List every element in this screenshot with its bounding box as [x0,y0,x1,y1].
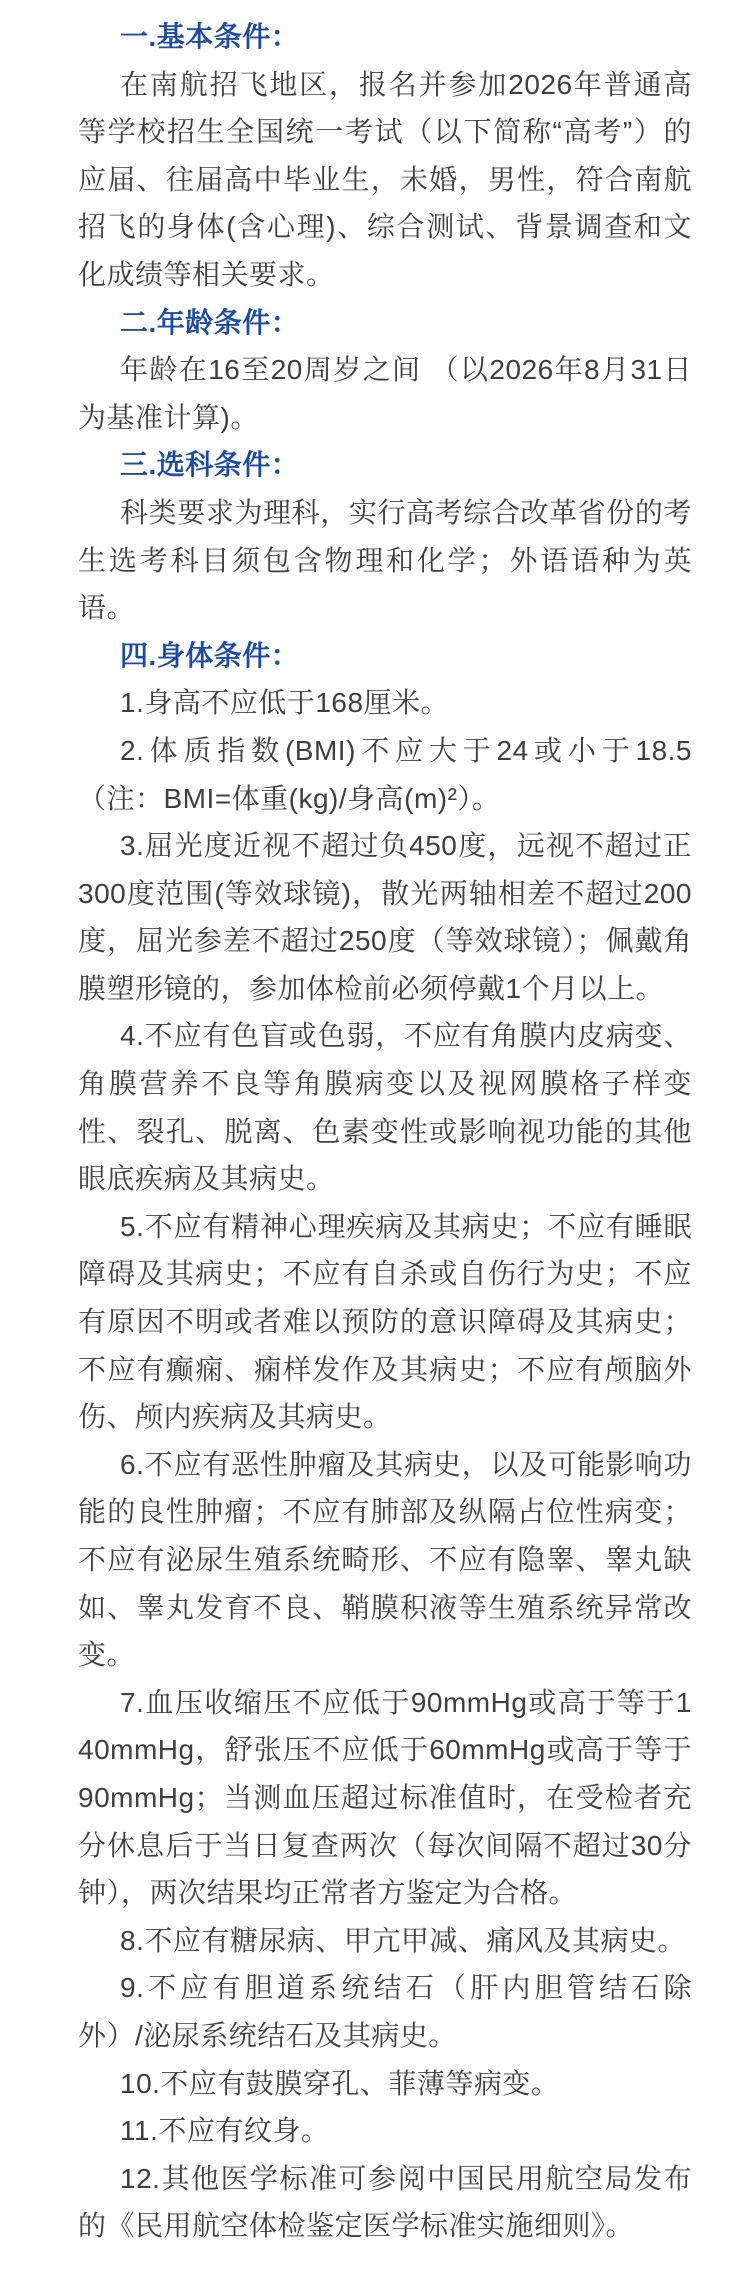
physical-item-7: 7.血压收缩压不应低于90mmHg或高于等于140mmHg，舒张压不应低于60m… [78,1679,692,1917]
recruitment-notice-article: 一.基本条件： 在南航招飞地区，报名并参加2026年普通高等学校招生全国统一考试… [0,0,750,2280]
physical-item-8: 8.不应有糖尿病、甲亢甲减、痛风及其病史。 [78,1917,692,1965]
physical-item-11: 11.不应有纹身。 [78,2107,692,2155]
heading-age-conditions: 二.年龄条件： [78,299,692,347]
physical-item-12: 12.其他医学标准可参阅中国民用航空局发布的《民用航空体检鉴定医学标准实施细则》… [78,2155,692,2250]
para-basic-conditions: 在南航招飞地区，报名并参加2026年普通高等学校招生全国统一考试（以下简称“高考… [78,61,692,299]
heading-physical-conditions: 四.身体条件： [78,632,692,680]
physical-item-6: 6.不应有恶性肿瘤及其病史，以及可能影响功能的良性肿瘤；不应有肺部及纵隔占位性病… [78,1441,692,1679]
physical-item-4: 4.不应有色盲或色弱，不应有角膜内皮病变、角膜营养不良等角膜病变以及视网膜格子样… [78,1012,692,1202]
heading-basic-conditions: 一.基本条件： [78,13,692,61]
physical-item-10: 10.不应有鼓膜穿孔、菲薄等病变。 [78,2060,692,2108]
physical-item-2: 2.体质指数(BMI)不应大于24或小于18.5（注：BMI=体重(kg)/身高… [78,727,692,822]
heading-subject-conditions: 三.选科条件： [78,441,692,489]
physical-item-5: 5.不应有精神心理疾病及其病史；不应有睡眠障碍及其病史；不应有自杀或自伤行为史；… [78,1203,692,1441]
physical-item-1: 1.身高不应低于168厘米。 [78,679,692,727]
physical-item-9: 9.不应有胆道系统结石（肝内胆管结石除外）/泌尿系统结石及其病史。 [78,1964,692,2059]
physical-item-3: 3.屈光度近视不超过负450度，远视不超过正300度范围(等效球镜)，散光两轴相… [78,822,692,1012]
para-subject-conditions: 科类要求为理科，实行高考综合改革省份的考生选考科目须包含物理和化学；外语语种为英… [78,489,692,632]
para-age-conditions: 年龄在16至20周岁之间 （以2026年8月31日为基准计算)。 [78,346,692,441]
